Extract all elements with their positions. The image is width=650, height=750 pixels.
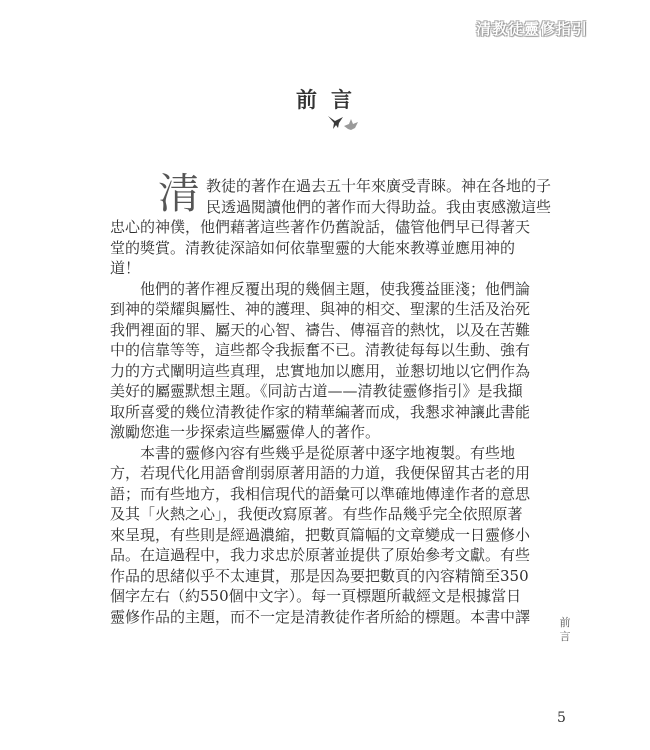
text-line: 取所喜愛的幾位清教徒作家的精華編著而成，我懇求神讓此書能 bbox=[110, 402, 534, 423]
text-line: 到神的榮耀與屬性、神的護理、與神的相交、聖潔的生活及治死 bbox=[110, 299, 534, 320]
text-line: 激勵您進一步探索這些屬靈偉人的著作。 bbox=[110, 422, 534, 443]
butterfly-ornament-icon bbox=[326, 114, 360, 132]
body-text: 清 教徒的著作在過去五十年來廣受青睞。神在各地的子 民透過閱讀他們的著作而大得助… bbox=[110, 176, 534, 627]
text-line: 美好的屬靈默想主題。《同訪古道——清教徒靈修指引》是我擷 bbox=[110, 381, 534, 402]
paragraph-3: 本書的靈修內容有些幾乎是從原著中逐字地複製。有些地 方，若現代化用語會削弱原著用… bbox=[110, 443, 534, 628]
text-line: 忠心的神僕，他們藉著這些著作仍舊說話，儘管他們早已得著天 bbox=[110, 217, 534, 238]
text-line: 我們裡面的罪、屬天的心智、禱告、傳福音的熱忱，以及在苦難 bbox=[110, 320, 534, 341]
text-line: 來呈現，有些則是經過濃縮，把數頁篇幅的文章變成一日靈修小 bbox=[110, 525, 534, 546]
text-line: 力的方式闡明這些真理，忠實地加以應用，並懇切地以它們作為 bbox=[110, 361, 534, 382]
paragraph-1: 清 教徒的著作在過去五十年來廣受青睞。神在各地的子 民透過閱讀他們的著作而大得助… bbox=[110, 176, 534, 279]
side-label-char: 言 bbox=[557, 630, 573, 644]
text-line: 品。在這過程中，我力求忠於原著並提供了原始參考文獻。有些 bbox=[110, 545, 534, 566]
text-line: 語；而有些地方，我相信現代的語彙可以準確地傳達作者的意思 bbox=[110, 484, 534, 505]
page-number: 5 bbox=[557, 710, 566, 726]
drop-cap: 清 bbox=[158, 172, 200, 216]
text-line: 道！ bbox=[110, 258, 534, 279]
text-line: 本書的靈修內容有些幾乎是從原著中逐字地複製。有些地 bbox=[110, 443, 534, 464]
text-line: 中的信靠等等，這些都令我振奮不已。清教徒每每以生動、強有 bbox=[110, 340, 534, 361]
text-line: 及其「火熱之心」，我便改寫原著。有些作品幾乎完全依照原著 bbox=[110, 504, 534, 525]
text-line: 他們的著作裡反覆出現的幾個主題，使我獲益匪淺；他們論 bbox=[110, 279, 534, 300]
text-line: 個字左右（約550個中文字）。每一頁標題所載經文是根據當日 bbox=[110, 586, 534, 607]
text-line: 方，若現代化用語會削弱原著用語的力道，我便保留其古老的用 bbox=[110, 463, 534, 484]
text-line: 作品的思緒似乎不太連貫，那是因為要把數頁的內容精簡至350 bbox=[110, 566, 534, 587]
paragraph-2: 他們的著作裡反覆出現的幾個主題，使我獲益匪淺；他們論 到神的榮耀與屬性、神的護理… bbox=[110, 279, 534, 443]
side-label-char: 前 bbox=[557, 616, 573, 630]
running-header-title: 清教徒靈修指引 bbox=[476, 18, 588, 39]
text-line: 堂的獎賞。清教徒深諳如何依靠聖靈的大能來教導並應用神的 bbox=[110, 238, 534, 259]
text-line: 靈修作品的主題，而不一定是清教徒作者所給的標題。本書中譯 bbox=[110, 607, 534, 628]
page-title: 前言 bbox=[0, 84, 650, 114]
side-section-label: 前 言 bbox=[557, 616, 573, 644]
